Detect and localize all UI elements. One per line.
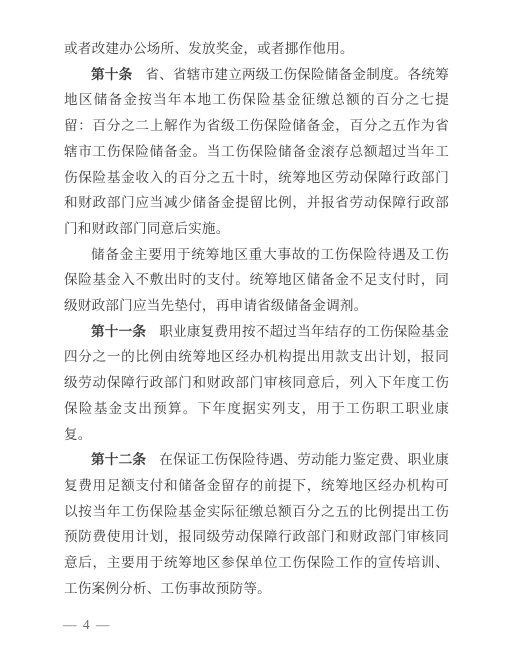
paragraph: 或者改建办公场所、发放奖金，或者挪作他用。 — [64, 36, 449, 62]
paragraph-text: 或者改建办公场所、发放奖金，或者挪作他用。 — [64, 41, 354, 56]
paragraph: 第十条省、省辖市建立两级工伤保险储备金制度。各统筹地区储备金按当年本地工伤保险基… — [64, 62, 449, 242]
paragraph-text: 省、省辖市建立两级工伤保险储备金制度。各统筹地区储备金按当年本地工伤保险基金征缴… — [64, 67, 449, 236]
article-number: 第十一条 — [91, 324, 146, 339]
page-number: — 4 — — [63, 617, 111, 633]
paragraph-text: 在保证工伤保险待遇、劳动能力鉴定费、职业康复费用足额支付和储备金留存的前提下，统… — [64, 452, 449, 596]
article-number: 第十条 — [91, 67, 132, 82]
paragraph-text: 储备金主要用于统筹地区重大事故的工伤保险待遇及工伤保险基金入不敷出时的支付。统筹… — [64, 247, 449, 313]
paragraph-text: 职业康复费用按不超过当年结存的工伤保险基金四分之一的比例由统筹地区经办机构提出用… — [64, 324, 449, 442]
document-body: 或者改建办公场所、发放奖金，或者挪作他用。 第十条省、省辖市建立两级工伤保险储备… — [64, 36, 449, 601]
paragraph: 第十一条职业康复费用按不超过当年结存的工伤保险基金四分之一的比例由统筹地区经办机… — [64, 319, 449, 448]
document-page: 或者改建办公场所、发放奖金，或者挪作他用。 第十条省、省辖市建立两级工伤保险储备… — [0, 0, 509, 648]
paragraph: 储备金主要用于统筹地区重大事故的工伤保险待遇及工伤保险基金入不敷出时的支付。统筹… — [64, 242, 449, 319]
article-number: 第十二条 — [91, 452, 146, 467]
paragraph: 第十二条在保证工伤保险待遇、劳动能力鉴定费、职业康复费用足额支付和储备金留存的前… — [64, 447, 449, 601]
